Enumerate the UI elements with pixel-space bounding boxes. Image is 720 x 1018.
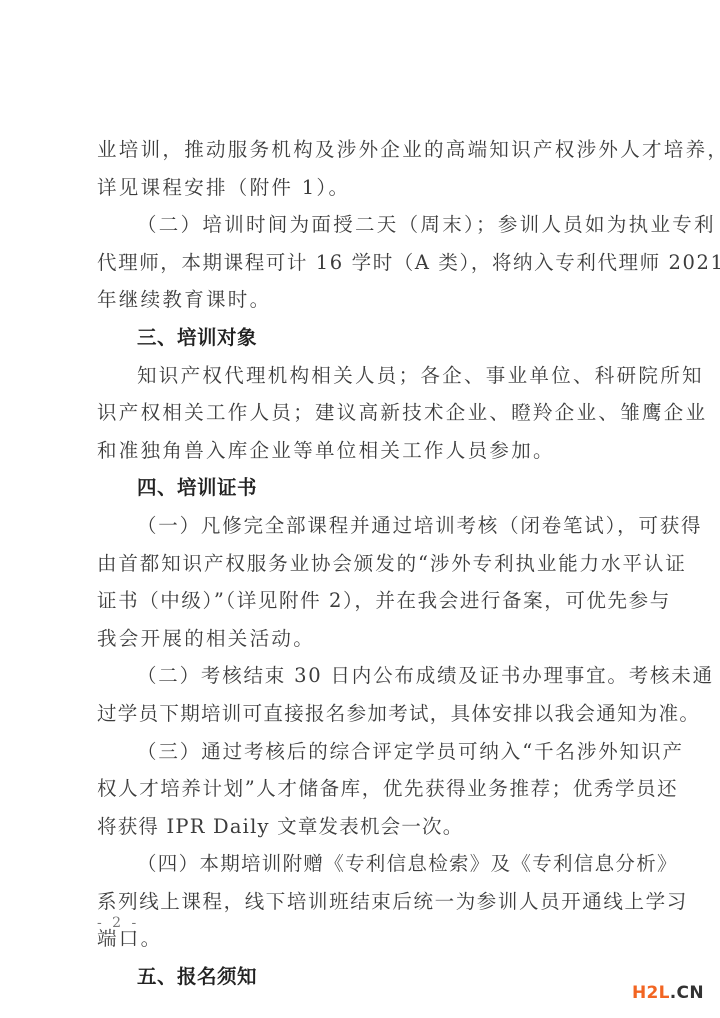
body-line: （二）培训时间为面授二天（周末）；参训人员如为执业专利 <box>97 206 642 244</box>
body-line: （四）本期培训附赠《专利信息检索》及《专利信息分析》 <box>97 845 642 883</box>
watermark-brand-part: H2L <box>632 983 670 1003</box>
body-line: 将获得 IPR Daily 文章发表机会一次。 <box>97 808 642 846</box>
watermark-domain-part: .CN <box>670 983 704 1003</box>
body-line: 由首都知识产权服务业协会颁发的“涉外专利执业能力水平认证 <box>97 545 642 583</box>
document-body: 业培训，推动服务机构及涉外企业的高端知识产权涉外人才培养， 详见课程安排（附件 … <box>97 131 642 996</box>
document-page: 业培训，推动服务机构及涉外企业的高端知识产权涉外人才培养， 详见课程安排（附件 … <box>0 0 720 1018</box>
body-line: （三）通过考核后的综合评定学员可纳入“千名涉外知识产 <box>97 733 642 771</box>
section-heading-3: 三、培训对象 <box>97 319 642 357</box>
body-line: 业培训，推动服务机构及涉外企业的高端知识产权涉外人才培养， <box>97 131 642 169</box>
body-line: 识产权相关工作人员；建议高新技术企业、瞪羚企业、雏鹰企业 <box>97 394 642 432</box>
body-line: 过学员下期培训可直接报名参加考试，具体安排以我会通知为准。 <box>97 695 642 733</box>
body-line: 系列线上课程，线下培训班结束后统一为参训人员开通线上学习 <box>97 883 642 921</box>
section-heading-4: 四、培训证书 <box>97 469 642 507</box>
section-heading-5: 五、报名须知 <box>97 958 642 996</box>
site-watermark-logo: H2L.CN <box>632 983 704 1003</box>
body-line: 详见课程安排（附件 1）。 <box>97 169 642 207</box>
body-line: 权人才培养计划”人才储备库，优先获得业务推荐；优秀学员还 <box>97 770 642 808</box>
page-number: - 2 - <box>97 915 139 931</box>
body-line: 年继续教育课时。 <box>97 281 642 319</box>
body-line: 证书（中级）”（详见附件 2），并在我会进行备案，可优先参与 <box>97 582 642 620</box>
body-line: 我会开展的相关活动。 <box>97 620 642 658</box>
body-line: 和准独角兽入库企业等单位相关工作人员参加。 <box>97 432 642 470</box>
body-line: （二）考核结束 30 日内公布成绩及证书办理事宜。考核未通 <box>97 657 642 695</box>
body-line: 端口。 <box>97 920 642 958</box>
body-line: 知识产权代理机构相关人员；各企、事业单位、科研院所知 <box>97 357 642 395</box>
body-line: （一）凡修完全部课程并通过培训考核（闭卷笔试），可获得 <box>97 507 642 545</box>
body-line: 代理师，本期课程可计 16 学时（A 类），将纳入专利代理师 2021 <box>97 244 642 282</box>
